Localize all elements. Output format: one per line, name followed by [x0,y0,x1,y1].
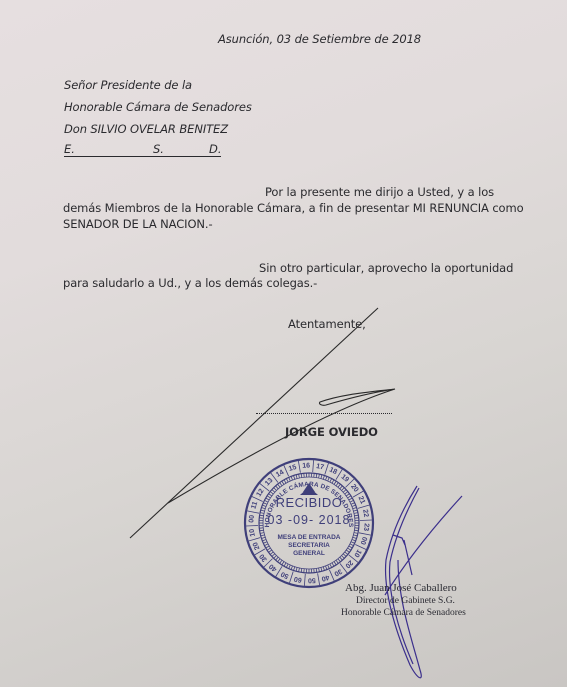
receiver-institution: Honorable Cámara de Senadores [341,608,466,618]
body-paragraph-2-line-1: Sin otro particular, aprovecho la oportu… [259,261,513,275]
svg-text:15: 15 [288,464,298,473]
svg-text:30: 30 [333,567,343,577]
stamp-line-3: GENERAL [242,550,376,557]
signer-name: JORGE OVIEDO [285,425,378,439]
recipient-line-1: Señor Presidente de la [64,78,192,92]
svg-text:50: 50 [308,576,316,583]
closing-text: Atentamente, [288,317,366,331]
stamp-status: RECIBIDO [242,495,376,510]
svg-text:16: 16 [302,462,310,469]
stamp-line-2: SECRETARIA [242,542,376,549]
recipient-line-2: Honorable Cámara de Senadores [64,100,252,114]
stamp-date: 03 -09- 2018 [242,513,376,527]
esd-d: D. [209,142,222,156]
svg-text:13: 13 [264,477,275,488]
svg-text:14: 14 [275,469,285,479]
svg-text:18: 18 [328,466,338,476]
date-line: Asunción, 03 de Setiembre de 2018 [218,32,421,46]
signature-dotted-line [256,413,392,414]
body-paragraph-2-line-2: para saludarlo a Ud., y a los demás cole… [63,276,317,290]
svg-text:20: 20 [343,559,354,570]
svg-text:19: 19 [339,473,350,483]
svg-text:40: 40 [320,573,330,582]
svg-text:40: 40 [268,562,279,572]
receiver-name: Abg. Juan José Caballero [345,582,457,594]
esd-underline: E. S. D. [64,142,221,157]
resignation-letter-page: Asunción, 03 de Setiembre de 2018 Señor … [0,0,567,687]
esd-s: S. [153,142,164,156]
recipient-line-3: Don SILVIO OVELAR BENITEZ [64,122,228,136]
svg-text:20: 20 [349,483,359,494]
body-paragraph-1-line-1: Por la presente me dirijo a Usted, y a l… [265,185,494,199]
svg-text:17: 17 [316,463,325,471]
stamp-line-1: MESA DE ENTRADA [242,534,376,541]
body-paragraph-1-line-2: demás Miembros de la Honorable Cámara, a… [63,201,524,215]
receiver-title: Director de Gabinete S.G. [356,596,455,606]
svg-text:50: 50 [280,570,290,580]
body-paragraph-1-line-3: SENADOR DE LA NACION.- [63,217,213,231]
svg-text:60: 60 [293,575,302,583]
esd-e: E. [64,142,75,156]
received-stamp: 1112131415161718192021222300102030405060… [242,456,376,590]
